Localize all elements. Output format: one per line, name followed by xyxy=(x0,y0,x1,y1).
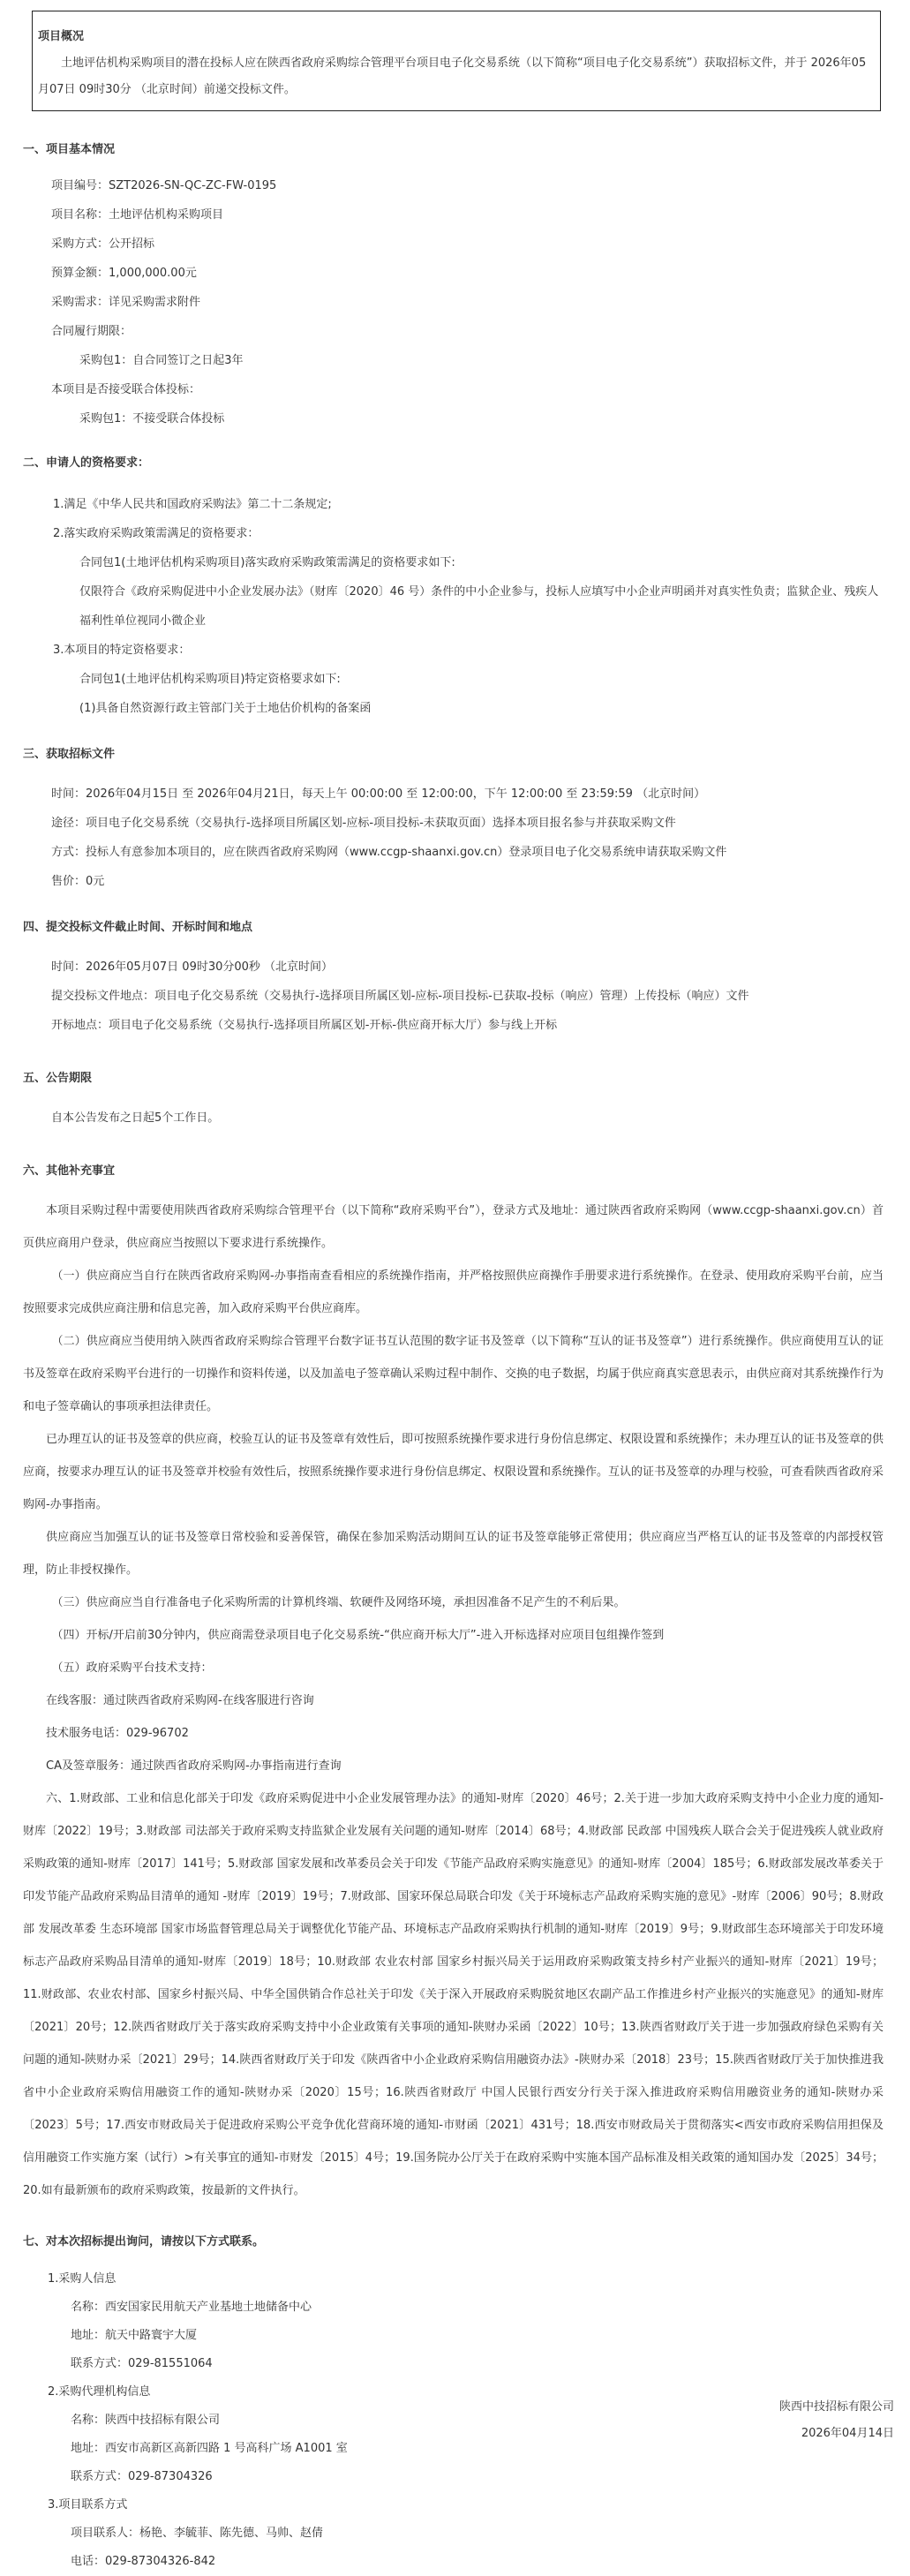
overview-title: 项目概况 xyxy=(38,24,875,50)
section-title: 四、提交投标文件截止时间、开标时间和地点 xyxy=(23,919,894,937)
purchaser-phone: 联系方式：029-81551064 xyxy=(16,2350,894,2378)
agency-heading: 2.采购代理机构信息 xyxy=(16,2378,894,2407)
contract-period-label: 合同履行期限： xyxy=(16,317,894,346)
support-online: 在线客服：通过陕西省政府采购网-在线客服进行咨询 xyxy=(16,1684,894,1717)
section-title: 一、项目基本情况 xyxy=(23,141,894,159)
field-value: 详见采购需求附件 xyxy=(109,296,200,309)
section-obtain-documents: 三、获取招标文件 时间：2026年04月15日 至 2026年04月21日，每天… xyxy=(16,746,894,896)
field-label: 预算金额： xyxy=(51,267,109,280)
opening-place: 开标地点：项目电子化交易系统（交易执行-选择项目所属区划-开标-供应商开标大厅）… xyxy=(16,1011,894,1040)
agency-name: 名称：陕西中技招标有限公司 xyxy=(16,2407,894,2435)
qualification-item-2-sub-2: 仅限符合《政府采购促进中小企业发展办法》（财库〔2020〕46 号）条件的中小企… xyxy=(16,577,894,636)
field-value: SZT2026-SN-QC-ZC-FW-0195 xyxy=(109,179,276,192)
section-contact: 七、对本次招标提出询问，请按以下方式联系。 1.采购人信息 名称：西安国家民用航… xyxy=(16,2233,894,2576)
field-label: 采购需求： xyxy=(51,296,109,309)
signature-block: 陕西中技招标有限公司 2026年04月14日 xyxy=(779,2394,894,2447)
purchaser-address: 地址：航天中路寰宇大厦 xyxy=(16,2322,894,2350)
section-basic-info: 一、项目基本情况 项目编号：SZT2026-SN-QC-ZC-FW-0195 项… xyxy=(16,141,894,433)
support-phone: 技术服务电话：029-96702 xyxy=(16,1717,894,1750)
section-announcement-period: 五、公告期限 自本公告发布之日起5个工作日。 xyxy=(16,1070,894,1133)
qualification-item-3-sub-1: 合同包1(土地评估机构采购项目)特定资格要求如下: xyxy=(16,665,894,694)
section-deadline-opening: 四、提交投标文件截止时间、开标时间和地点 时间：2026年05月07日 09时3… xyxy=(16,919,894,1040)
project-contacts: 项目联系人：杨艳、李毓菲、陈先德、马帅、赵倩 xyxy=(16,2520,894,2548)
section-supplementary: 六、其他补充事宜 本项目采购过程中需要使用陕西省政府采购综合管理平台（以下简称“… xyxy=(16,1163,894,2207)
section-title: 五、公告期限 xyxy=(23,1070,894,1088)
qualification-item-2-sub-1: 合同包1(土地评估机构采购项目)落实政府采购政策需满足的资格要求如下: xyxy=(16,548,894,577)
obtain-price: 售价：0元 xyxy=(16,867,894,896)
certificate-management-paragraph: 供应商应当加强互认的证书及签章日常校验和妥善保管，确保在参加采购活动期间互认的证… xyxy=(16,1521,894,1586)
agency-address: 地址：西安市高新区高新四路 1 号高科广场 A1001 室 xyxy=(16,2435,894,2463)
qualification-item-1: 1.满足《中华人民共和国政府采购法》第二十二条规定; xyxy=(16,490,894,519)
signature-org: 陕西中技招标有限公司 xyxy=(779,2394,894,2421)
field-label: 项目名称： xyxy=(51,208,109,222)
announcement-period-text: 自本公告发布之日起5个工作日。 xyxy=(16,1103,894,1133)
supplement-item-5: （五）政府采购平台技术支持： xyxy=(16,1652,894,1684)
supplement-item-2: （二）供应商应当使用纳入陕西省政府采购综合管理平台数字证书互认范围的数字证书及签… xyxy=(16,1325,894,1423)
overview-text: 土地评估机构采购项目的潜在投标人应在陕西省政府采购综合管理平台项目电子化交易系统… xyxy=(38,50,875,103)
supplement-item-3: （三）供应商应当自行准备电子化采购所需的计算机终端、软硬件及网络环境，承担因准备… xyxy=(16,1586,894,1619)
field-budget: 预算金额：1,000,000.00元 xyxy=(16,259,894,288)
qualification-item-3-sub-2: (1)具备自然资源行政主管部门关于土地估价机构的备案函 xyxy=(16,694,894,723)
consortium-label: 本项目是否接受联合体投标： xyxy=(16,375,894,404)
field-value: 公开招标 xyxy=(109,237,154,251)
field-procurement-method: 采购方式：公开招标 xyxy=(16,230,894,259)
signature-date: 2026年04月14日 xyxy=(779,2421,894,2447)
project-phone: 电话：029-87304326-842 xyxy=(16,2548,894,2576)
obtain-method: 方式：投标人有意参加本项目的，应在陕西省政府采购网（www.ccgp-shaan… xyxy=(16,838,894,867)
supplement-item-4: （四）开标/开启前30分钟内，供应商需登录项目电子化交易系统-“供应商开标大厅”… xyxy=(16,1619,894,1652)
obtain-channel: 途径：项目电子化交易系统（交易执行-选择项目所属区划-应标-项目投标-未获取页面… xyxy=(16,809,894,838)
policy-list: 六、1.财政部、工业和信息化部关于印发《政府采购促进中小企业发展管理办法》的通知… xyxy=(16,1782,894,2207)
field-value: 1,000,000.00元 xyxy=(109,267,197,280)
obtain-time: 时间：2026年04月15日 至 2026年04月21日，每天上午 00:00:… xyxy=(16,780,894,809)
announcement-page: 项目概况 土地评估机构采购项目的潜在投标人应在陕西省政府采购综合管理平台项目电子… xyxy=(0,0,910,2576)
field-label: 采购方式： xyxy=(51,237,109,251)
contract-period-value: 采购包1：自合同签订之日起3年 xyxy=(16,346,894,375)
agency-phone: 联系方式：029-87304326 xyxy=(16,2463,894,2491)
field-label: 项目编号： xyxy=(51,179,109,192)
field-value: 土地评估机构采购项目 xyxy=(109,208,223,222)
section-qualifications: 二、申请人的资格要求： 1.满足《中华人民共和国政府采购法》第二十二条规定; 2… xyxy=(16,455,894,723)
section-title: 七、对本次招标提出询问，请按以下方式联系。 xyxy=(23,2233,894,2251)
field-project-name: 项目名称：土地评估机构采购项目 xyxy=(16,200,894,230)
project-overview-box: 项目概况 土地评估机构采购项目的潜在投标人应在陕西省政府采购综合管理平台项目电子… xyxy=(32,11,881,111)
consortium-value: 采购包1：不接受联合体投标 xyxy=(16,404,894,433)
support-ca: CA及签章服务：通过陕西省政府采购网-办事指南进行查询 xyxy=(16,1750,894,1782)
section-title: 三、获取招标文件 xyxy=(23,746,894,764)
section-title: 六、其他补充事宜 xyxy=(23,1163,894,1180)
submit-place: 提交投标文件地点：项目电子化交易系统（交易执行-选择项目所属区划-应标-项目投标… xyxy=(16,982,894,1011)
project-contact-heading: 3.项目联系方式 xyxy=(16,2491,894,2520)
qualification-item-2: 2.落实政府采购政策需满足的资格要求： xyxy=(16,519,894,548)
supplement-item-1: （一）供应商应当自行在陕西省政府采购网-办事指南查看相应的系统操作指南，并严格按… xyxy=(16,1260,894,1325)
field-requirements: 采购需求：详见采购需求附件 xyxy=(16,288,894,317)
platform-login-paragraph: 本项目采购过程中需要使用陕西省政府采购综合管理平台（以下简称“政府采购平台”），… xyxy=(16,1194,894,1260)
section-title: 二、申请人的资格要求： xyxy=(23,455,894,472)
purchaser-heading: 1.采购人信息 xyxy=(16,2265,894,2294)
qualification-item-3: 3.本项目的特定资格要求： xyxy=(16,636,894,665)
certificate-paragraph: 已办理互认的证书及签章的供应商，校验互认的证书及签章有效性后，即可按照系统操作要… xyxy=(16,1423,894,1521)
field-project-number: 项目编号：SZT2026-SN-QC-ZC-FW-0195 xyxy=(16,171,894,200)
purchaser-name: 名称：西安国家民用航天产业基地土地储备中心 xyxy=(16,2294,894,2322)
deadline-time: 时间：2026年05月07日 09时30分00秒 （北京时间） xyxy=(16,953,894,982)
